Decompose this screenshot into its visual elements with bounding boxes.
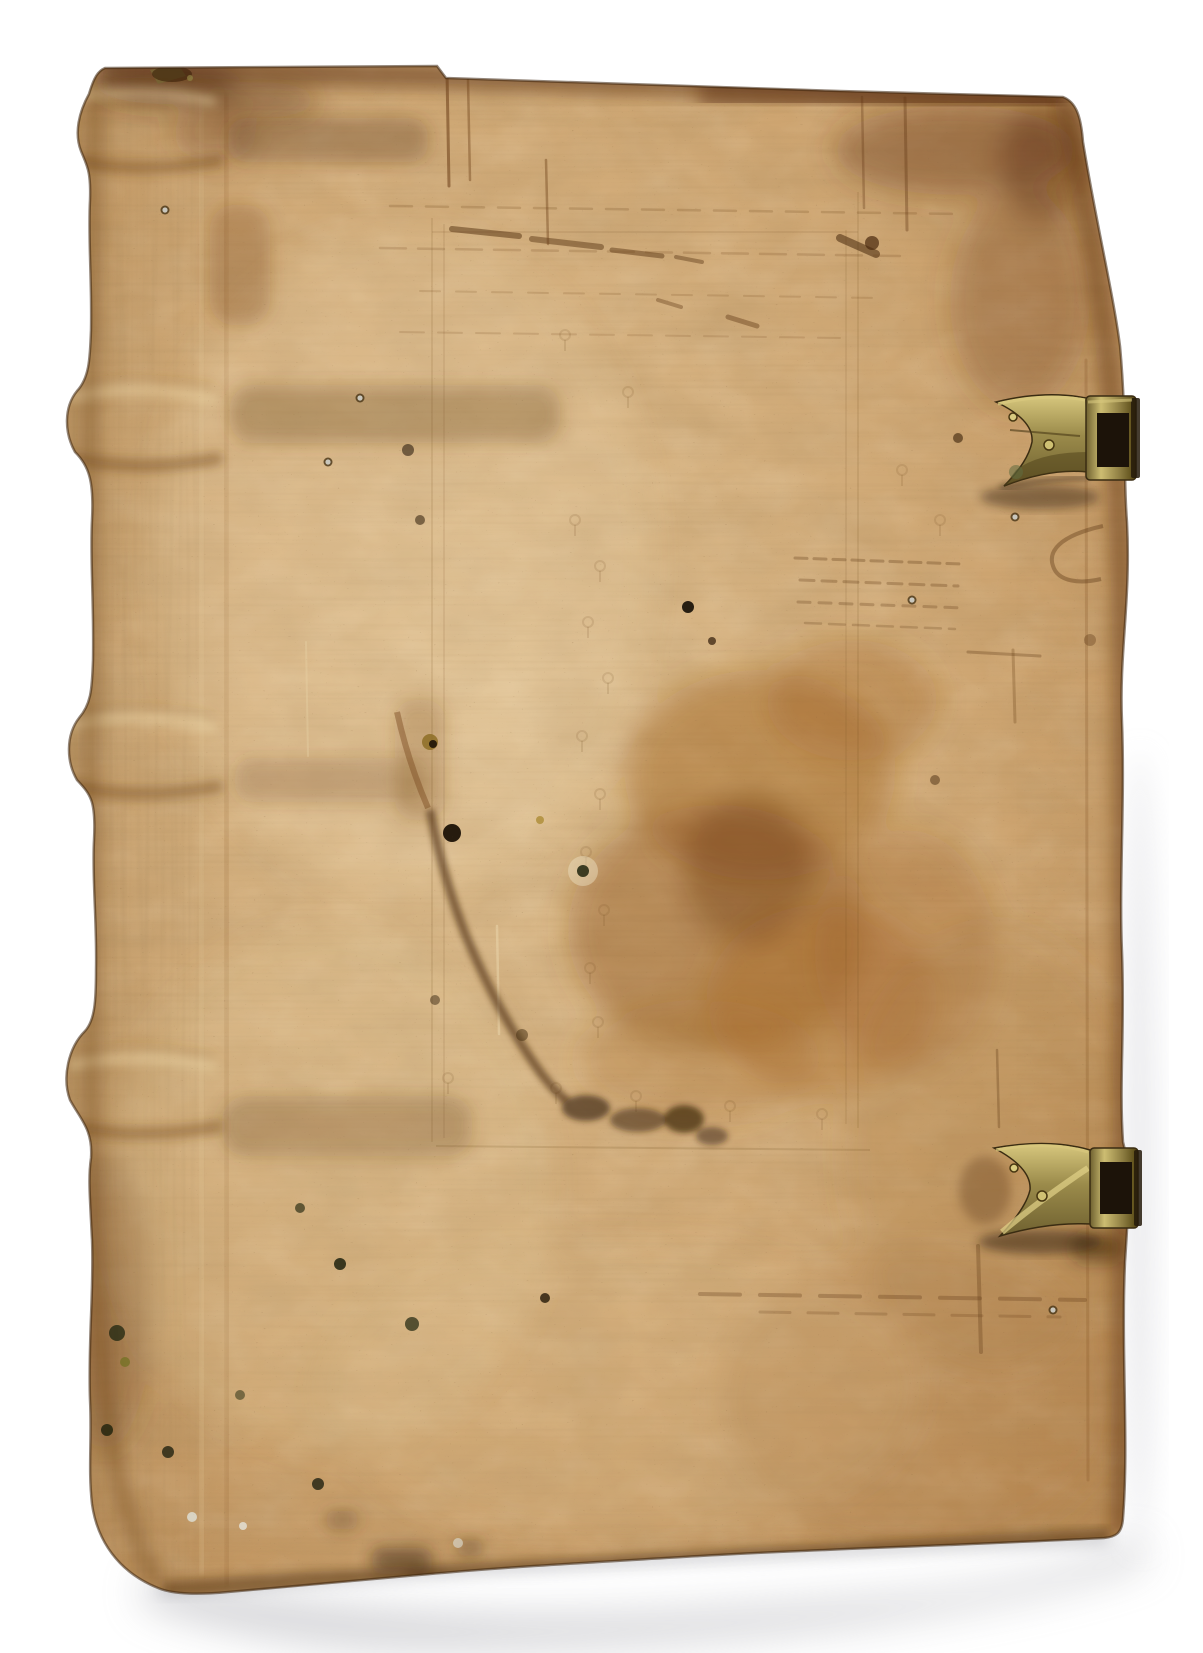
- clasp-lower-rivet: [1037, 1191, 1047, 1201]
- clasp-lower-aperture: [1100, 1162, 1132, 1214]
- clasp-upper-aperture: [1097, 413, 1129, 467]
- clasp-upper-loop-highlight: [1088, 400, 1132, 402]
- clasp-lower-loop-edge: [1134, 1150, 1142, 1226]
- book-photo-canvas: [0, 0, 1203, 1653]
- clasp-upper-shadow: [980, 485, 1100, 509]
- clasp-upper-corrosion: [1009, 465, 1023, 479]
- book-photo: [0, 0, 1203, 1653]
- clasp-lower-shadow: [978, 1230, 1102, 1254]
- clasp-lower-stain: [959, 1156, 1011, 1224]
- clasp-lower-rivet: [1010, 1164, 1018, 1172]
- clasp-upper-loop-edge: [1131, 398, 1140, 478]
- leather-speckle: [50, 50, 1160, 1610]
- book: [50, 50, 1160, 1610]
- clasp-upper-rivet: [1009, 413, 1017, 421]
- clasp-upper-rivet: [1044, 440, 1054, 450]
